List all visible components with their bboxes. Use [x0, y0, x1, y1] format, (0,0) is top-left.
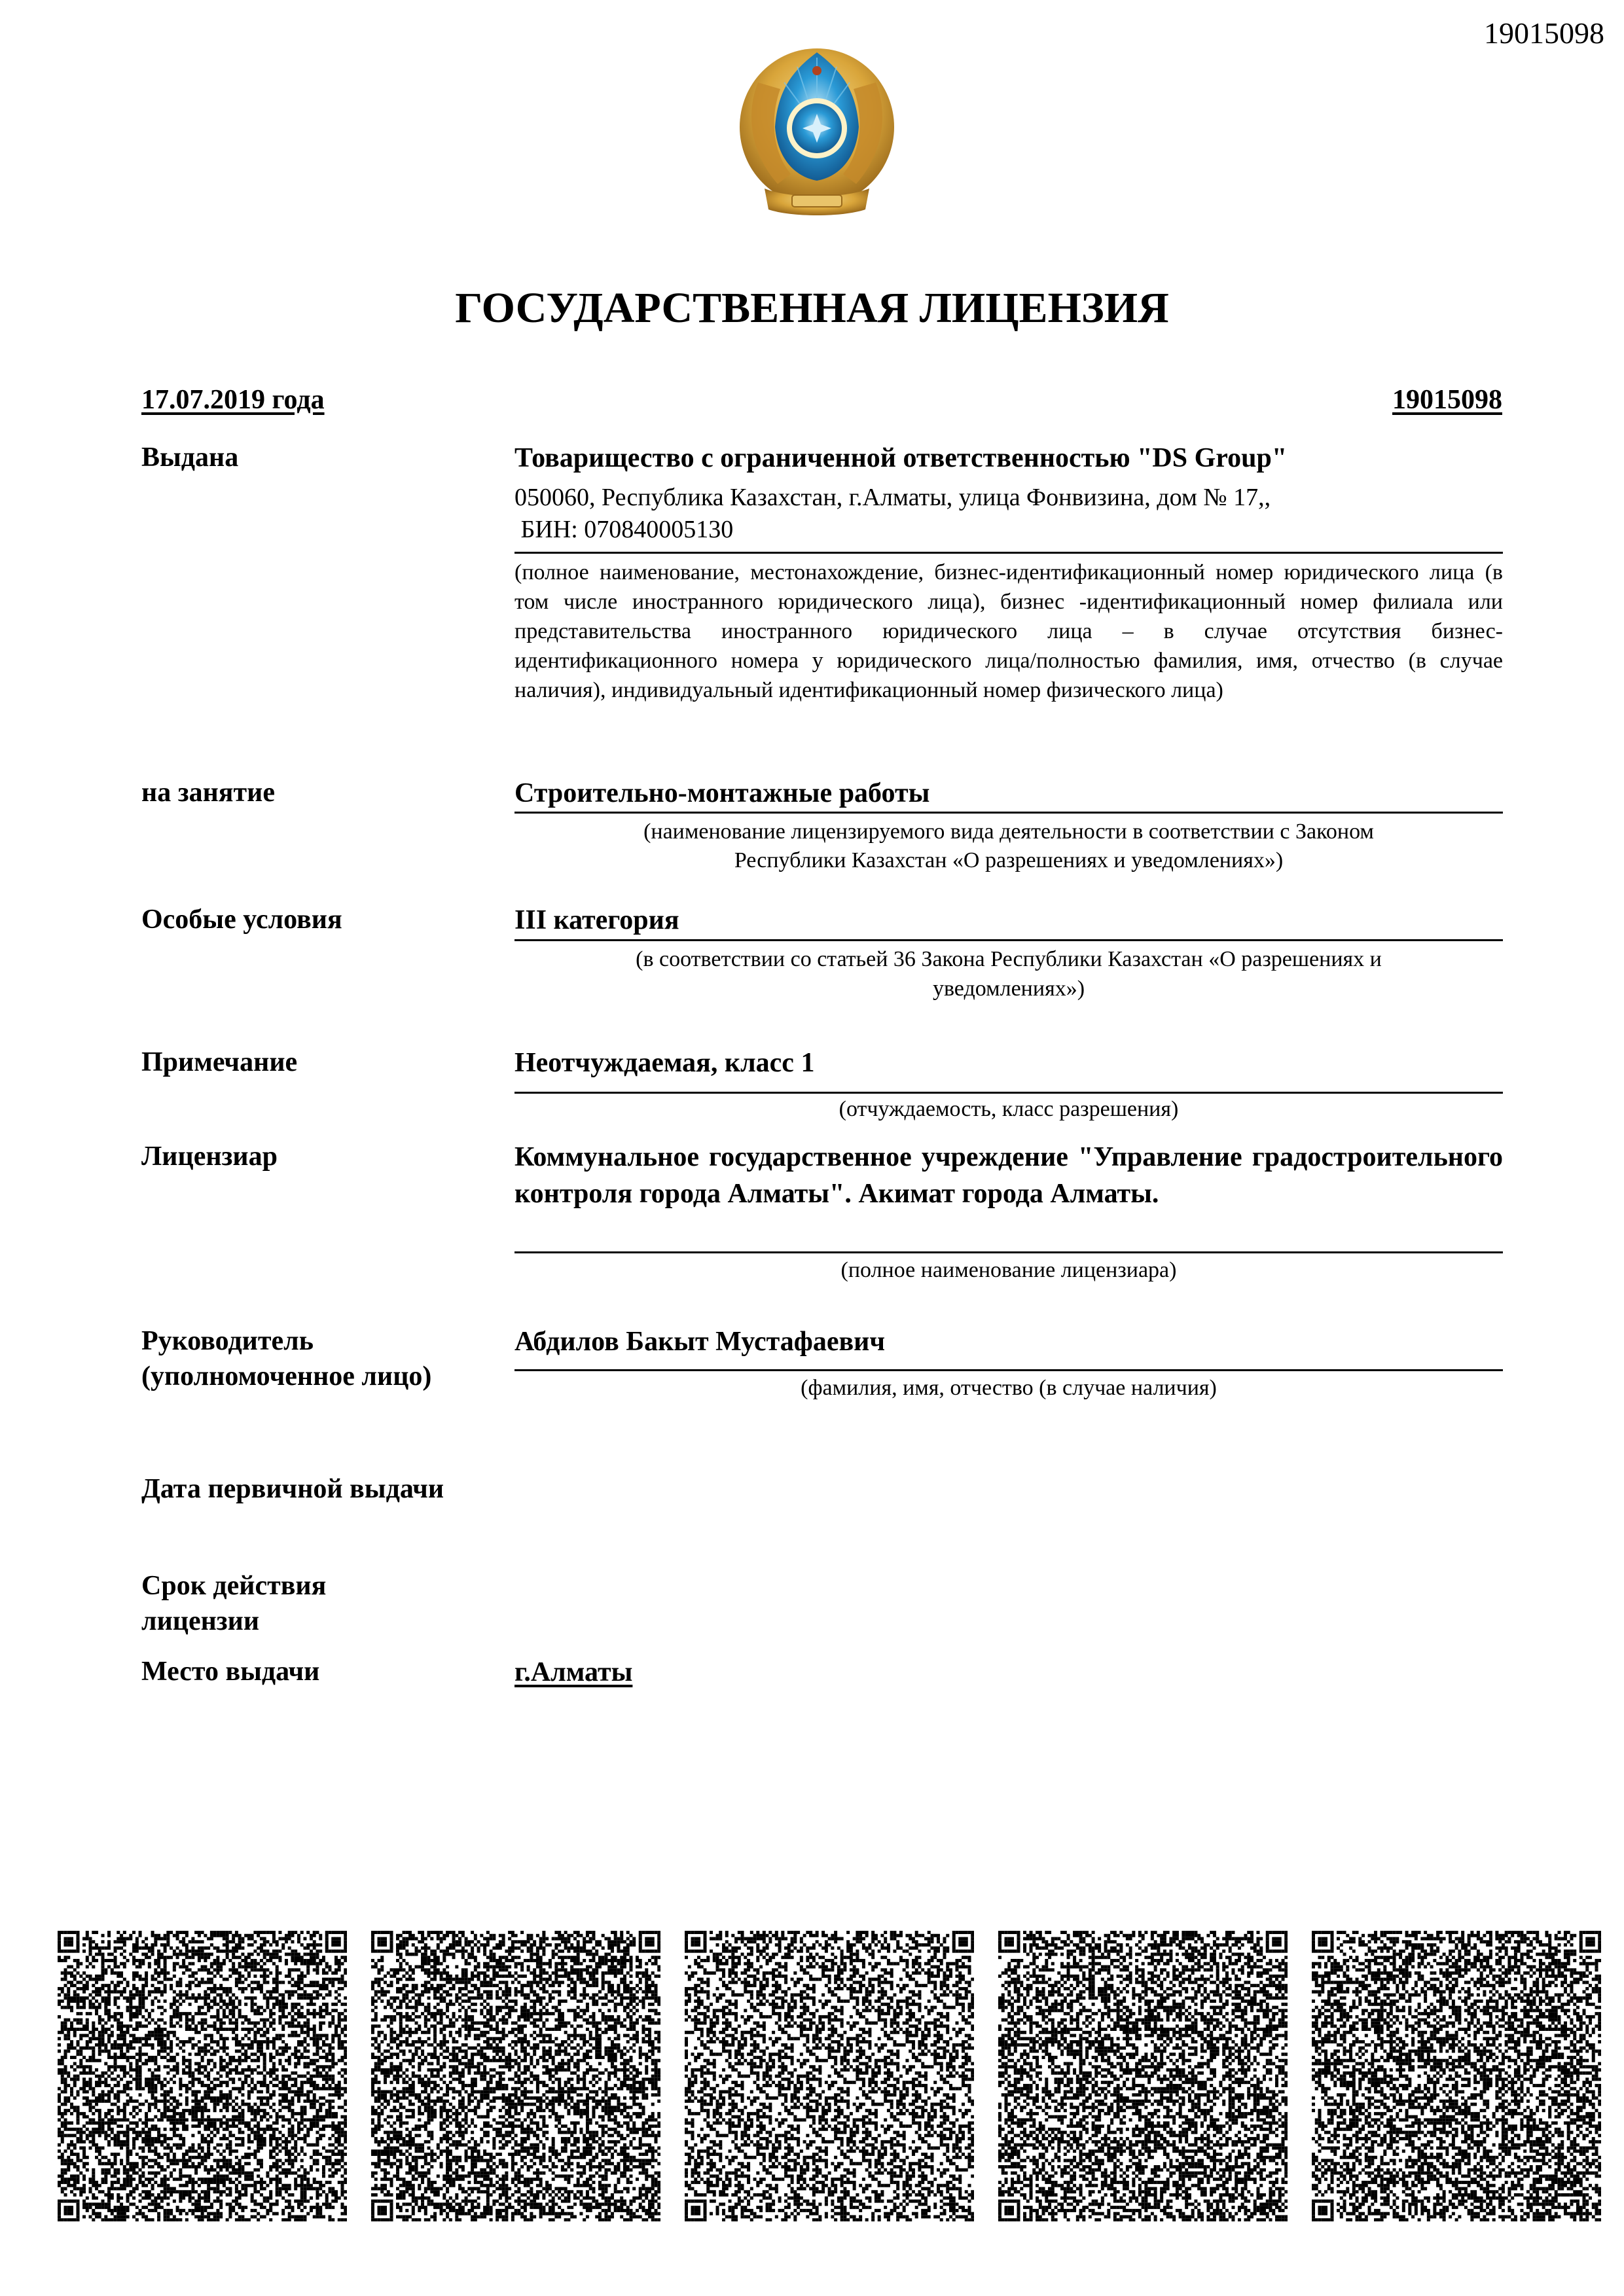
- special-conditions-hint-line2: уведомлениях»): [514, 974, 1503, 1003]
- place-of-issue-value: г.Алматы: [514, 1654, 1503, 1691]
- issue-date: 17.07.2019 года: [141, 386, 325, 414]
- note-label: Примечание: [141, 1045, 495, 1080]
- activity-hint-line1: (наименование лицензируемого вида деятел…: [514, 817, 1503, 846]
- special-conditions-rule: [514, 939, 1503, 941]
- page-number: 19015098: [1484, 18, 1604, 48]
- validity-label-line1: Срок действия: [141, 1568, 495, 1604]
- activity-label: на занятие: [141, 775, 495, 810]
- issued-to-label: Выдана: [141, 440, 495, 475]
- qr-code-2: [371, 1931, 660, 2221]
- place-of-issue-label: Место выдачи: [141, 1654, 495, 1689]
- issued-to-rule: [514, 552, 1503, 554]
- special-conditions-hint-line1: (в соответствии со статьей 36 Закона Рес…: [514, 944, 1503, 974]
- head-value: Абдилов Бакыт Мустафаевич: [514, 1323, 1503, 1360]
- licensor-label: Лицензиар: [141, 1139, 495, 1174]
- head-label: Руководитель (уполномоченное лицо): [141, 1323, 495, 1394]
- state-emblem-icon: [732, 43, 902, 221]
- head-label-line2: (уполномоченное лицо): [141, 1359, 495, 1394]
- issued-to-name: Товарищество с ограниченной ответственно…: [514, 440, 1503, 476]
- activity-value: Строительно-монтажные работы: [514, 775, 1503, 812]
- qr-code-4: [998, 1931, 1288, 2221]
- special-conditions-value: III категория: [514, 902, 1503, 939]
- document-title: ГОСУДАРСТВЕННАЯ ЛИЦЕНЗИЯ: [0, 287, 1624, 330]
- validity-label: Срок действия лицензии: [141, 1568, 495, 1639]
- note-value: Неотчуждаемая, класс 1: [514, 1045, 1503, 1081]
- first-issue-date-label: Дата первичной выдачи: [141, 1471, 495, 1507]
- head-hint: (фамилия, имя, отчество (в случае наличи…: [514, 1373, 1503, 1403]
- place-of-issue-text: г.Алматы: [514, 1657, 632, 1687]
- head-rule: [514, 1369, 1503, 1371]
- note-hint: (отчуждаемость, класс разрешения): [514, 1094, 1503, 1124]
- qr-code-3: [685, 1931, 974, 2221]
- licensor-rule: [514, 1251, 1503, 1253]
- issued-to-address: 050060, Республика Казахстан, г.Алматы, …: [514, 482, 1503, 514]
- qr-code-1: [58, 1931, 347, 2221]
- issued-to-hint: (полное наименование, местонахождение, б…: [514, 558, 1503, 705]
- head-label-line1: Руководитель: [141, 1323, 495, 1359]
- validity-label-line2: лицензии: [141, 1604, 495, 1639]
- qr-code-5: [1312, 1931, 1601, 2221]
- license-number: 19015098: [1392, 386, 1502, 414]
- licensor-hint: (полное наименование лицензиара): [514, 1255, 1503, 1285]
- activity-hint-line2: Республики Казахстан «О разрешениях и ув…: [514, 846, 1503, 875]
- activity-rule: [514, 812, 1503, 814]
- licensor-value: Коммунальное государственное учреждение …: [514, 1139, 1503, 1212]
- issued-to-bin: БИН: 070840005130: [514, 514, 1503, 546]
- special-conditions-label: Особые условия: [141, 902, 495, 937]
- note-rule: [514, 1092, 1503, 1094]
